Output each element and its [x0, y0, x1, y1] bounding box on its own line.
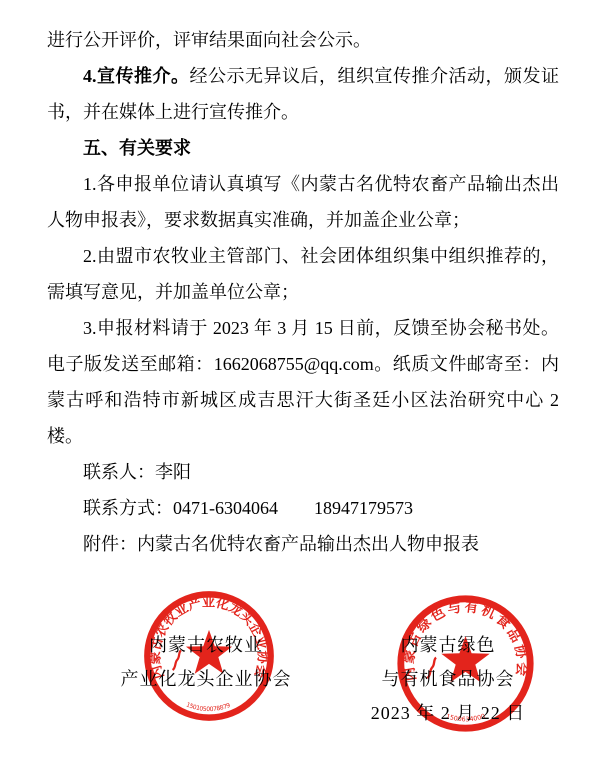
seal-graphic: 内蒙古绿色与有机食品协会 1500634000: [392, 590, 539, 737]
svg-text:1501050078879: 1501050078879: [185, 701, 232, 713]
seal-star-icon: [441, 636, 489, 682]
official-seal-right: 内蒙古绿色与有机食品协会 1500634000: [392, 590, 539, 737]
seal-serial: 1500634000: [445, 712, 487, 723]
mongolian-script-mark: [173, 650, 181, 670]
official-seal-left: 内蒙古农牧业产业化龙头企业协会 1501050078879: [139, 586, 279, 726]
svg-text:1500634000: 1500634000: [445, 712, 487, 723]
seal-graphic: 内蒙古农牧业产业化龙头企业协会 1501050078879: [139, 586, 279, 726]
document-page: 进行公开评价，评审结果面向社会公示。 4.宣传推介。经公示无异议后，组织宣传推介…: [0, 0, 604, 774]
seal-star-icon: [186, 630, 232, 674]
seal-serial: 1501050078879: [185, 701, 232, 713]
signature-area: 内蒙古农牧业 产业化龙头企业协会 内蒙古绿色 与有机食品协会 2023 年 2 …: [0, 0, 604, 774]
mongolian-script-mark: [427, 658, 436, 679]
